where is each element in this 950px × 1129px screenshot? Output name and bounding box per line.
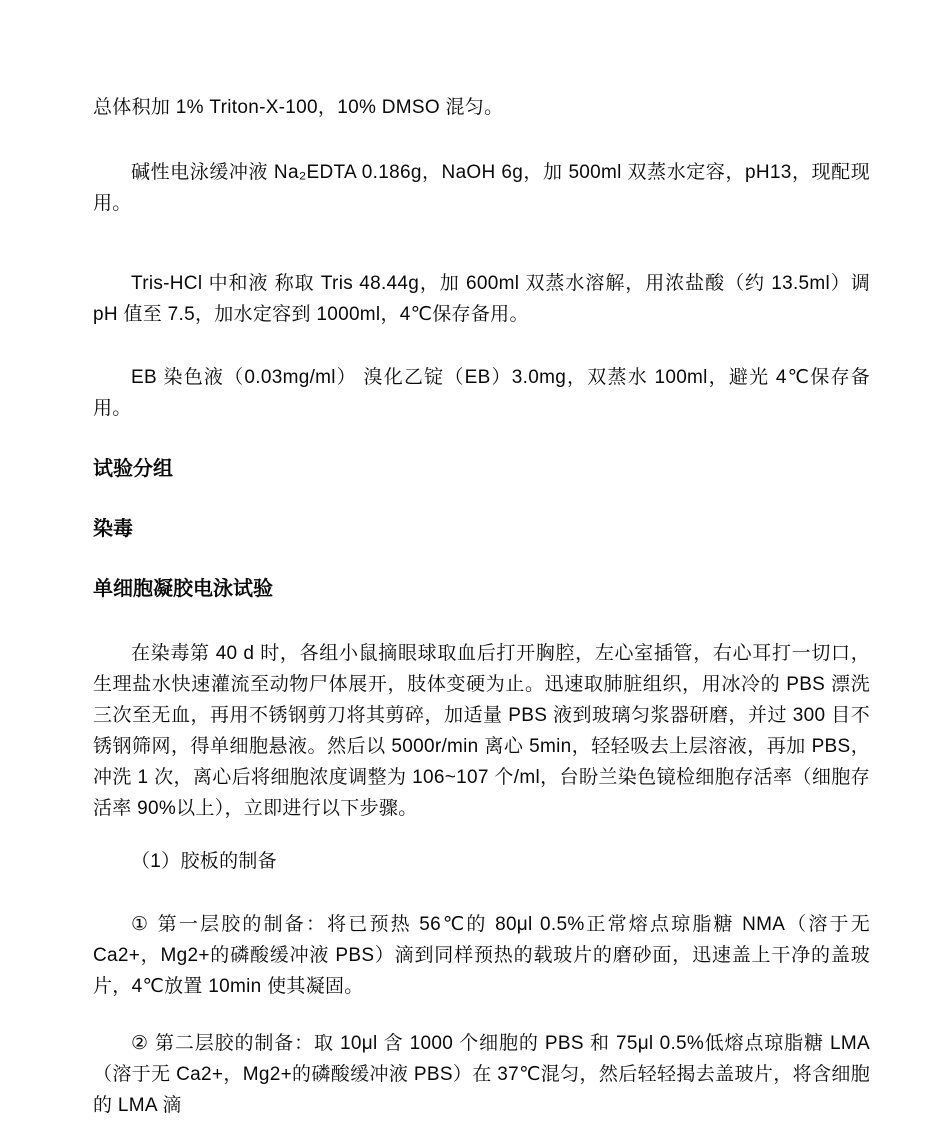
paragraph-alkaline-electrophoresis-buffer: 碱性电泳缓冲液 Na₂EDTA 0.186g，NaOH 6g，加 500ml 双…: [93, 157, 870, 219]
paragraph-tris-hcl-neutralization: Tris-HCl 中和液 称取 Tris 48.44g，加 600ml 双蒸水溶…: [93, 268, 870, 330]
heading-experiment-grouping: 试验分组: [93, 454, 870, 485]
paragraph-eb-staining-solution: EB 染色液（0.03mg/ml） 溴化乙锭（EB）3.0mg，双蒸水 100m…: [93, 362, 870, 424]
subheading-gel-plate-preparation: （1）胶板的制备: [93, 846, 870, 877]
paragraph-first-gel-layer: ① 第一层胶的制备：将已预热 56℃的 80μl 0.5%正常熔点琼脂糖 NMA…: [93, 909, 870, 1002]
heading-single-cell-gel-electrophoresis: 单细胞凝胶电泳试验: [93, 574, 870, 605]
paragraph-second-gel-layer: ② 第二层胶的制备：取 10μl 含 1000 个细胞的 PBS 和 75μl …: [93, 1028, 870, 1121]
paragraph-cell-suspension-procedure: 在染毒第 40 d 时，各组小鼠摘眼球取血后打开胸腔，左心室插管，右心耳打一切口…: [93, 638, 870, 824]
paragraph-triton-note: 总体积加 1% Triton-X-100，10% DMSO 混匀。: [93, 92, 870, 123]
heading-toxicant-exposure: 染毒: [93, 514, 870, 545]
document-page: 总体积加 1% Triton-X-100，10% DMSO 混匀。 碱性电泳缓冲…: [0, 0, 950, 1129]
